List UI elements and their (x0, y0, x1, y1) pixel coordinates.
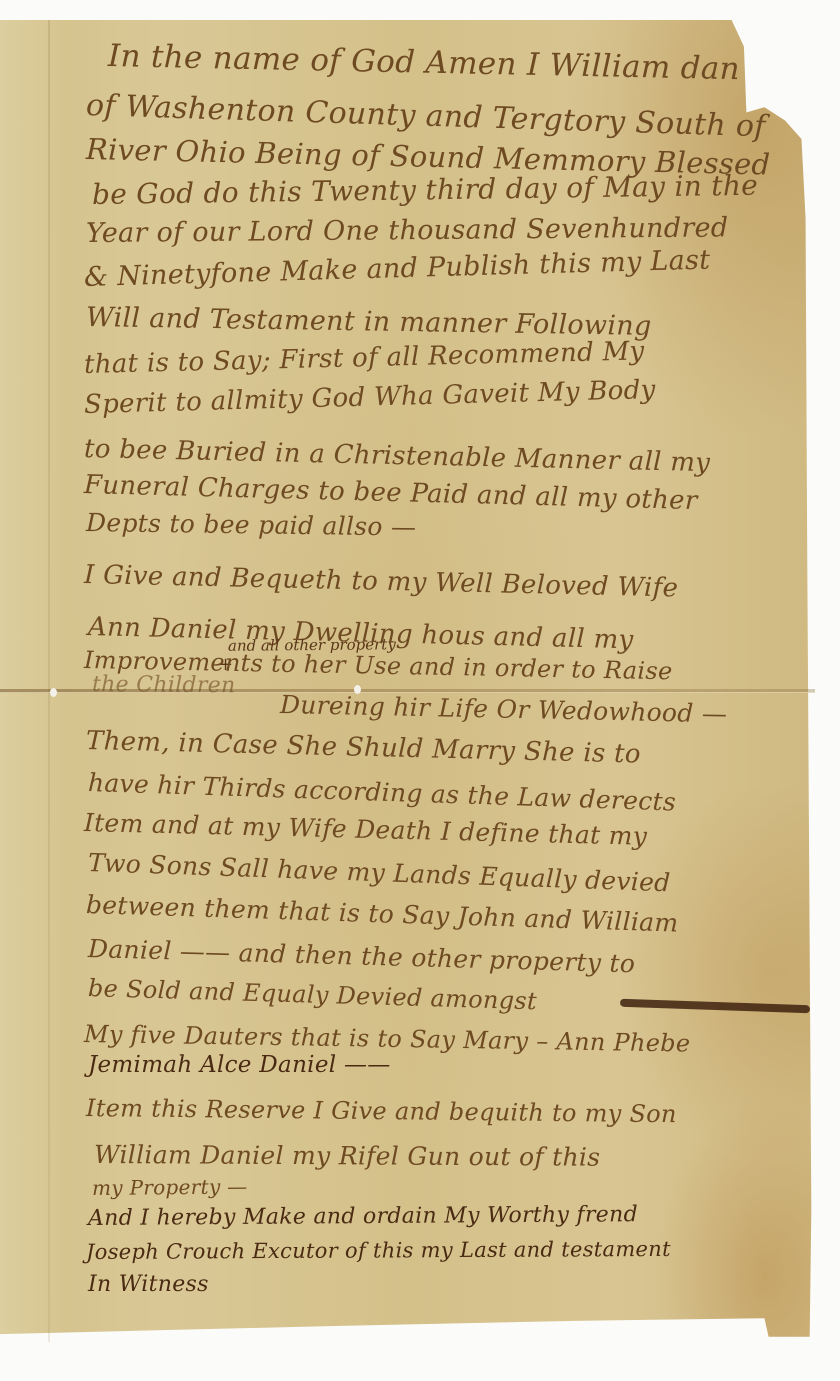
text-line: Year of our Lord One thousand Sevenhundr… (86, 212, 729, 249)
text-line: between them that is to Say John and Wil… (86, 890, 679, 938)
text-line: my Property — (92, 1174, 248, 1200)
text-line: Them, in Case She Shuld Marry She is to (86, 726, 642, 770)
text-line: In the name of God Amen I William dan (108, 38, 741, 87)
text-line: I Give and Bequeth to my Well Beloved Wi… (84, 560, 679, 603)
text-line: Joseph Crouch Excutor of this my Last an… (86, 1237, 671, 1264)
text-line: be Sold and Equaly Devied amongst (88, 974, 538, 1015)
text-line: be God do this Twenty third day of May i… (92, 169, 758, 211)
text-line: that is to Say; First of all Recommend M… (84, 336, 645, 380)
text-line: Item and at my Wife Death I define that … (84, 808, 648, 851)
text-line: & Ninetyfone Make and Publish this my La… (84, 245, 711, 293)
text-line: Item this Reserve I Give and bequith to … (86, 1094, 677, 1128)
text-line: Two Sons Sall have my Lands Equally devi… (87, 848, 671, 897)
text-line: the Children (92, 672, 236, 698)
struck-out-text (620, 999, 810, 1014)
text-line: Daniel —— and then the other property to (88, 934, 636, 978)
text-line: In Witness (88, 1272, 209, 1297)
text-line: Jemimah Alce Daniel —— (88, 1052, 391, 1078)
will-text: In the name of God Amen I William dan of… (0, 0, 840, 1381)
text-line: William Daniel my Rifel Gun out of this (94, 1140, 601, 1172)
text-line: Sperit to allmity God Wha Gaveit My Body (84, 375, 656, 420)
text-line: have hir Thirds according as the Law der… (88, 768, 677, 816)
text-line: Will and Testament in manner Following (86, 302, 652, 342)
text-line: Depts to bee paid allso — (86, 508, 417, 542)
text-line: Dureing hir Life Or Wedowhood — (280, 690, 728, 728)
text-line: And I hereby Make and ordain My Worthy f… (88, 1202, 638, 1231)
